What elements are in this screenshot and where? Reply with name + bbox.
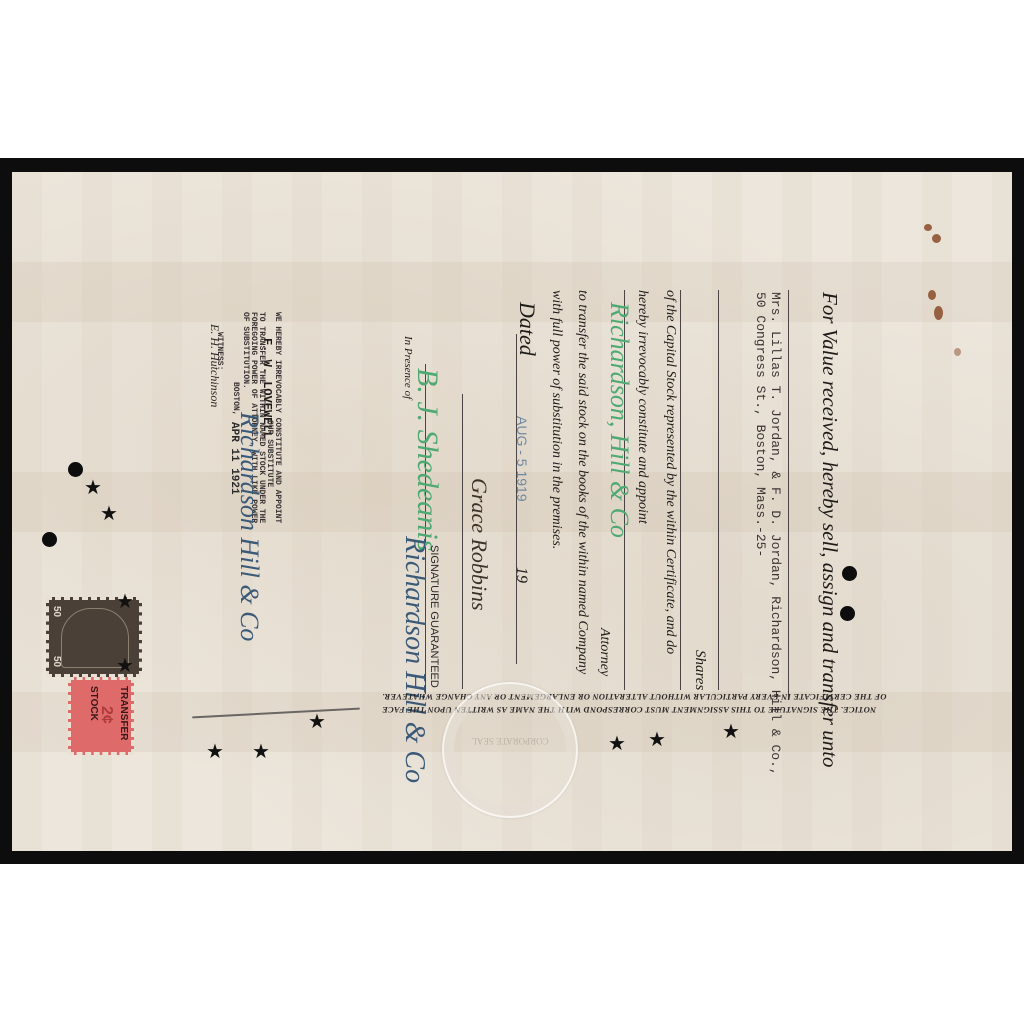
paper-fold	[12, 262, 1012, 322]
substitution-line-2: OUR SUBSTITUTE	[265, 420, 274, 487]
rust-stain	[934, 306, 943, 320]
star-punch: ★	[206, 742, 224, 762]
stock-transfer-stamp: STOCK TRANSFER 2¢	[68, 677, 134, 755]
star-punch: ★	[116, 656, 134, 676]
punch-hole	[842, 566, 857, 581]
substitution-signature: Richardson Hill & Co	[234, 412, 264, 641]
form-rule	[462, 394, 463, 689]
transfer-line: to transfer the said stock on the books …	[574, 290, 590, 674]
star-punch: ★	[84, 478, 102, 498]
star-punch: ★	[252, 742, 270, 762]
substitution-line-1: WE HEREBY IRREVOCABLY CONSTITUTE AND APP…	[273, 312, 282, 523]
notice-line-2: OF THE CERTIFICATE IN EVERY PARTICULAR W…	[382, 692, 886, 702]
rust-stain	[924, 224, 932, 231]
capital-stock-line: of the Capital Stock represented by the …	[662, 290, 678, 654]
form-rule	[680, 290, 681, 690]
certificate-paper: For Value received, hereby sell, assign …	[12, 172, 1012, 851]
guarantor-signature: Richardson Hill & Co	[398, 536, 430, 783]
assignee-line-2: 50 Congress St., Boston, Mass.-25-	[753, 292, 768, 557]
rust-stain	[932, 234, 941, 243]
dated-label: Dated	[514, 302, 540, 356]
year-suffix: 19	[512, 567, 530, 583]
attorney-name-handwritten: Richardson, Hill & Co	[604, 302, 634, 538]
form-rule	[788, 290, 789, 700]
substitution-line: with full power of substitution in the p…	[548, 290, 564, 549]
punch-hole	[68, 462, 83, 477]
star-punch: ★	[116, 592, 134, 612]
dated-stamp: AUG - 5 1919	[514, 416, 530, 502]
star-punch: ★	[308, 712, 326, 732]
appoint-line: hereby irrevocably constitute and appoin…	[634, 290, 650, 524]
punch-hole	[840, 606, 855, 621]
star-punch: ★	[648, 730, 666, 750]
assignee-line-1: Mrs. Lillas T. Jordan, & F. D. Jordan, R…	[768, 292, 783, 776]
star-punch: ★	[100, 504, 118, 524]
rust-stain	[928, 290, 936, 300]
rust-stain	[954, 348, 961, 356]
form-rule	[718, 290, 719, 690]
substitution-line-5: OF SUBSTITUTION.	[241, 312, 250, 389]
attorney-label: Attorney	[596, 628, 612, 676]
punch-hole	[42, 532, 57, 547]
embossed-seal: CORPORATE SEAL	[442, 682, 578, 818]
substitution-witness-signature: E. H. Hutchinson	[207, 324, 222, 407]
signer-signature: Grace Robbins	[466, 478, 492, 611]
witness-signature: B. J. Shedeanis	[410, 368, 444, 551]
paper-fold	[12, 472, 1012, 532]
shares-label: Shares	[691, 650, 708, 690]
substitution-place: BOSTON,	[231, 382, 240, 416]
star-punch: ★	[722, 722, 740, 742]
star-punch: ★	[608, 734, 626, 754]
